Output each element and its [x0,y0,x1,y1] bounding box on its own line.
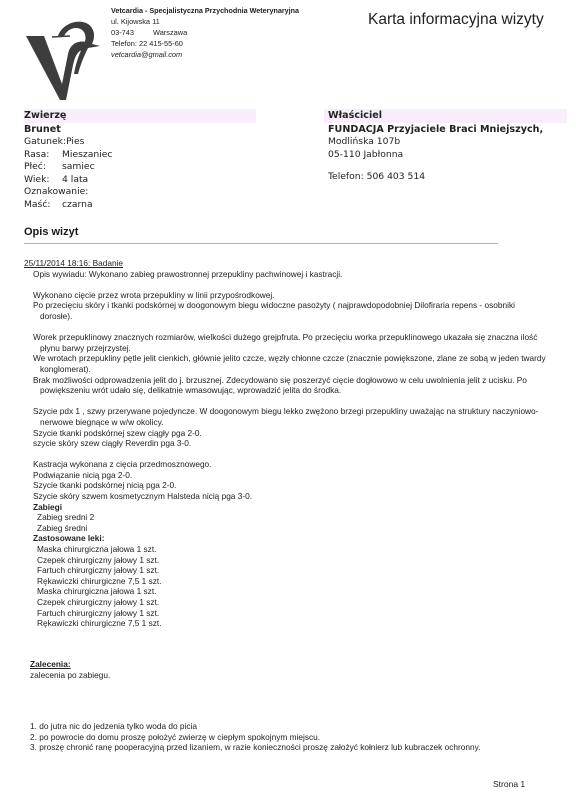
drug-item: Czepek chirurgiczny jałowy 1 szt. [24,597,549,608]
clinic-phone-row: Telefon: 22 415-55-60 [111,38,299,49]
visit-interview: Opis wywiadu: Wykonano zabieg prawostron… [24,269,549,280]
visit-line: Brak możliwości odprowadzenia jelit do j… [24,375,549,396]
field-label: Gatunek: [24,136,66,147]
visit-line: We wrotach przepukliny pętle jelit cienk… [24,353,549,374]
visit-line: Szycie tkanki podskórnej szew ciągły pga… [24,428,549,439]
clinic-city: Warszawa [153,27,187,38]
field-label: Wiek: [24,174,62,187]
animal-field-species: Gatunek:Pies [24,136,112,149]
procedure-item: Zabieg średni [24,523,549,534]
drugs-heading: Zastosowane leki: [24,533,549,544]
owner-heading: Właściciel [328,108,543,123]
owner-name: FUNDACJA Przyjaciele Braci Mniejszych, [328,123,543,136]
field-label: Oznakowanie: [24,186,88,197]
procedure-item: Zabieg sredni 2 [24,512,549,523]
owner-phone-row: Telefon: 506 403 514 [328,171,543,184]
visit-line: Worek przepuklinowy znacznych rozmiarów,… [24,332,549,353]
animal-field-sex: Płeć:samiec [24,161,112,174]
clinic-email[interactable]: vetcardia@gmail.com [111,49,299,60]
visit-line: Szycie pdx 1 , szwy przerywane pojedyncz… [24,406,549,427]
document-title: Karta informacyjna wizyty [368,11,544,29]
visit-line: Szycie tkanki podskórnej nicią pga 2-0. [24,480,549,491]
drug-item: Fartuch chirurgiczny jałowy 1 szt. [24,565,549,576]
visit-line: szycie skóry szew ciągły Reverdin pga 3-… [24,438,549,449]
recommendations-heading: Zalecenia: [30,659,110,670]
animal-name: Brunet [24,123,112,136]
visit-header: 25/11/2014 18:16: Badanie [24,258,549,269]
owner-phone: 506 403 514 [367,171,425,182]
owner-city: 05-110 Jabłonna [328,149,543,162]
drug-item: Fartuch chirurgiczny jałowy 1 szt. [24,608,549,619]
clinic-phone-label: Telefon: [111,38,137,49]
visit-line: Kastracja wykonana z cięcia przedmosznow… [24,459,549,470]
recommendations-intro: zalecenia po zabiegu. [30,670,110,681]
animal-section: Zwierzę Brunet Gatunek:Pies Rasa:Mieszan… [24,108,112,212]
clinic-postal-code: 03-743 [111,27,153,38]
drug-item: Rękawiczki chirurgiczne 7,5 1 szt. [24,618,549,629]
field-value: samiec [62,161,95,172]
owner-section: Właściciel FUNDACJA Przyjaciele Braci Mn… [328,108,543,184]
recommendations-list: 1. do jutra nic do jedzenia tylko woda d… [30,721,550,753]
field-value: czarna [62,199,93,210]
clinic-info: Vetcardia - Specjalistyczna Przychodnia … [111,5,299,60]
animal-field-marking: Oznakowanie: [24,186,112,199]
owner-street: Modlińska 107b [328,136,543,149]
field-value: 4 lata [62,174,88,185]
visit-line: Po przecięciu skóry i tkanki podskórnej … [24,300,549,321]
owner-phone-label: Telefon: [328,171,364,182]
page-number: Strona 1 [493,779,525,789]
animal-field-age: Wiek:4 lata [24,174,112,187]
clinic-street: ul. Kijowska 11 [111,16,299,27]
field-value: Pies [66,136,84,147]
drug-item: Maska chirurgiczna jałowa 1 szt. [24,544,549,555]
recommendations-section: Zalecenia: zalecenia po zabiegu. [30,659,110,680]
field-label: Rasa: [24,149,62,162]
procedures-heading: Zabiegi [24,502,549,513]
field-value: Mieszaniec [62,149,112,160]
visits-section-title: Opis wizyt [24,226,498,244]
recommendation-item: 2. po powrocie do domu proszę położyć zw… [30,732,550,743]
field-label: Maść: [24,199,62,212]
field-label: Płeć: [24,161,62,174]
drug-item: Czepek chirurgiczny jałowy 1 szt. [24,555,549,566]
animal-field-color: Maść:czarna [24,199,112,212]
vetcardia-bird-logo-icon [22,14,112,102]
clinic-name: Vetcardia - Specjalistyczna Przychodnia … [111,5,299,16]
visit-line: Szycie skóry szwem kosmetycznym Halsteda… [24,491,549,502]
visit-entry: 25/11/2014 18:16: Badanie Opis wywiadu: … [24,258,549,629]
clinic-phone: 22 415-55-60 [139,38,183,49]
visit-line: Wykonano cięcie przez wrota przepukliny … [24,290,549,301]
visit-line: Podwiązanie nicią pga 2-0. [24,470,549,481]
recommendation-item: 3. proszę chronić ranę pooperacyjną prze… [30,742,550,753]
animal-heading: Zwierzę [24,108,112,123]
drug-item: Rękawiczki chirurgiczne 7,5 1 szt. [24,576,549,587]
clinic-logo [22,14,112,102]
recommendation-item: 1. do jutra nic do jedzenia tylko woda d… [30,721,550,732]
drug-item: Maska chirurgiczna jałowa 1 szt. [24,586,549,597]
animal-field-breed: Rasa:Mieszaniec [24,149,112,162]
clinic-city-row: 03-743Warszawa [111,27,299,38]
